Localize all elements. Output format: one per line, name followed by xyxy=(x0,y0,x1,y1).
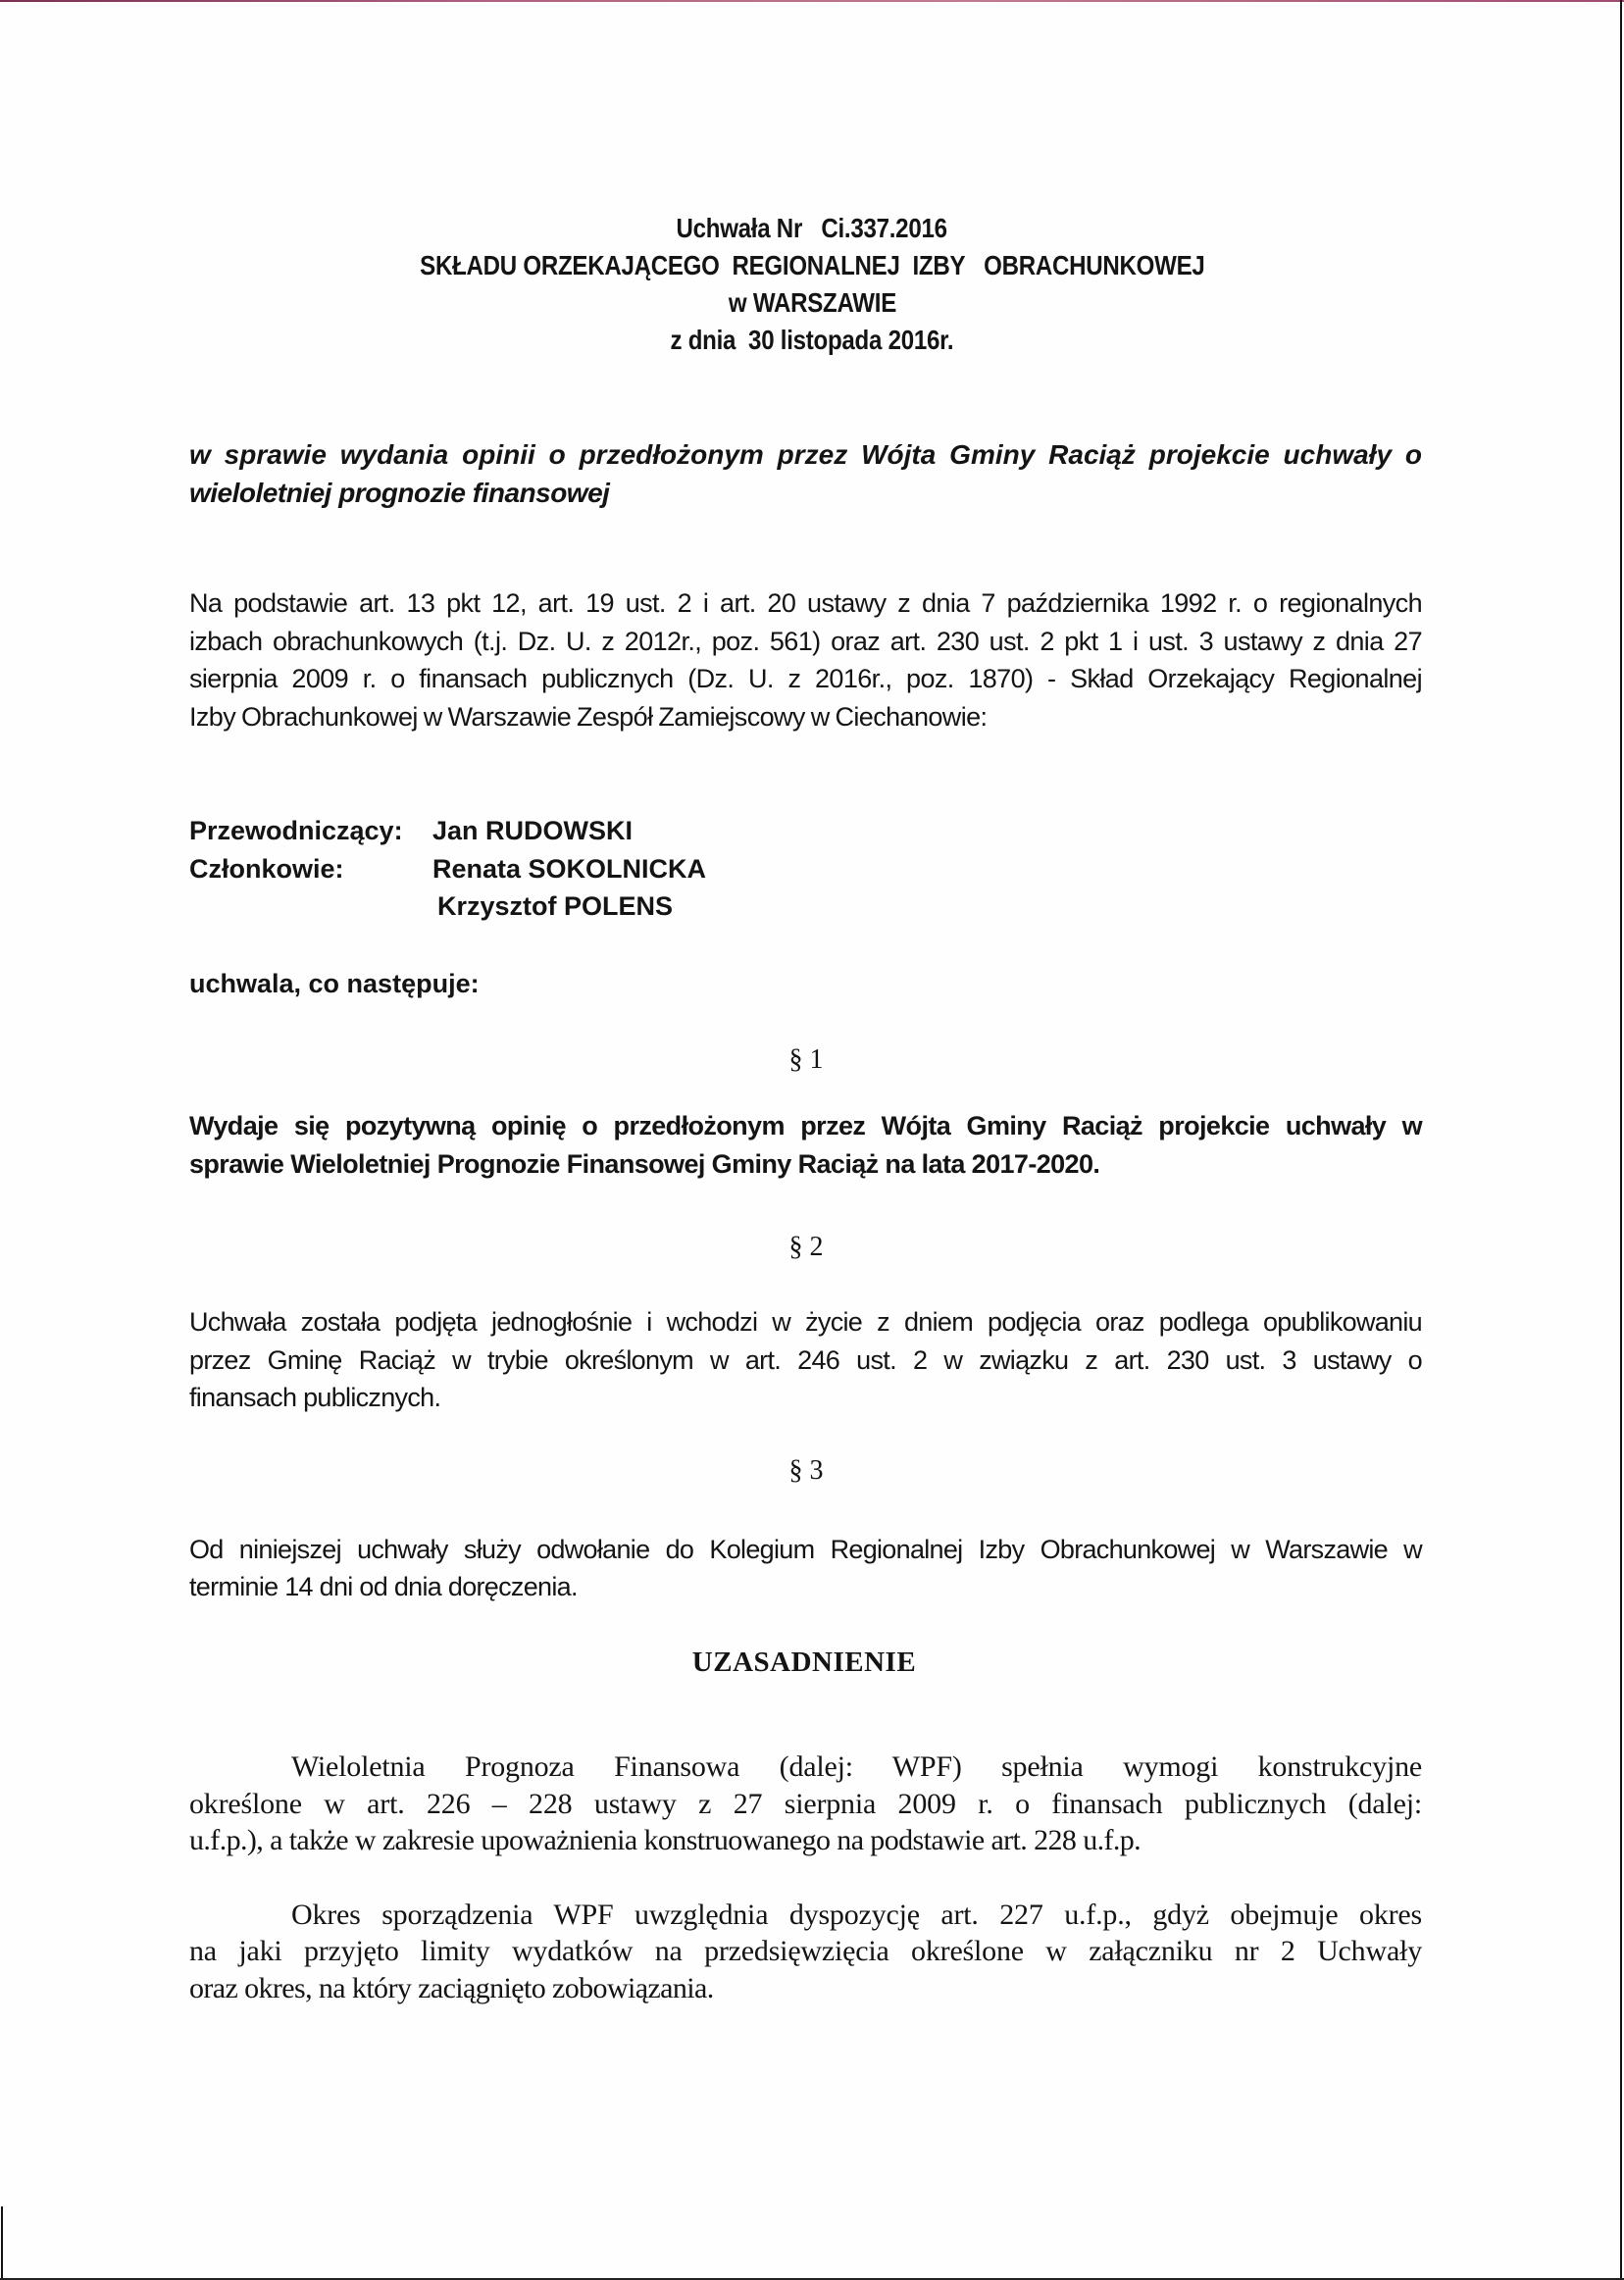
resolution-number-text: Uchwała Nr Ci.337.2016 xyxy=(677,215,947,242)
section-text-line: finansach publicznych. xyxy=(189,1385,1422,1411)
chair-name: Jan RUDOWSKI xyxy=(432,818,633,844)
preamble-line: sierpnia 2009 r. o finansach publicznych… xyxy=(189,666,1422,692)
members-label: Członkowie: xyxy=(189,856,344,883)
section-mark: § 2 xyxy=(0,1234,1618,1261)
scan-edge-top xyxy=(0,0,1624,2)
resolution-date-text: z dnia 30 listopada 2016r. xyxy=(671,327,954,354)
chair-label: Przewodniczący: xyxy=(189,818,403,844)
section-mark: § 1 xyxy=(0,1046,1618,1074)
resolution-number: Uchwała Nr Ci.337.2016 xyxy=(0,215,1624,242)
scan-edge-left xyxy=(1,2206,3,2280)
justification-heading: UZASADNIENIE xyxy=(0,1648,1616,1677)
justification-line: u.f.p.), a także w zakresie upoważnienia… xyxy=(189,1826,1422,1855)
resolves-statement: uchwala, co następuje: xyxy=(189,971,480,997)
section-text-line: Uchwała została podjęta jednogłośnie i w… xyxy=(189,1309,1422,1336)
subject-line-1: w sprawie wydania opinii o przedłożonym … xyxy=(189,441,1422,469)
document-page: Uchwała Nr Ci.337.2016 SKŁADU ORZEKAJĄCE… xyxy=(0,0,1624,2280)
resolution-date: z dnia 30 listopada 2016r. xyxy=(0,327,1624,354)
justification-line: oraz okres, na który zaciągnięto zobowią… xyxy=(189,1974,1422,2003)
justification-line: Wieloletnia Prognoza Finansowa (dalej: W… xyxy=(291,1752,1422,1782)
member-name: Renata SOKOLNICKA xyxy=(432,856,706,883)
issuing-body: SKŁADU ORZEKAJĄCEGO REGIONALNEJ IZBY OBR… xyxy=(0,252,1624,279)
section-text-line: Od niniejszej uchwały służy odwołanie do… xyxy=(189,1537,1422,1563)
preamble-line: Na podstawie art. 13 pkt 12, art. 19 ust… xyxy=(189,590,1422,617)
section-mark: § 3 xyxy=(0,1457,1618,1485)
issuing-city: w WARSZAWIE xyxy=(0,289,1624,317)
section-text-line: terminie 14 dni od dnia doręczenia. xyxy=(189,1574,1422,1600)
justification-line: określone w art. 226 – 228 ustawy z 27 s… xyxy=(189,1790,1422,1819)
justification-line: Okres sporządzenia WPF uwzględnia dyspoz… xyxy=(291,1900,1422,1930)
section-text-line: przez Gminę Raciąż w trybie określonym w… xyxy=(189,1347,1422,1374)
justification-line: na jaki przyjęto limity wydatków na prze… xyxy=(189,1937,1422,1966)
section-text-line: Wydaje się pozytywną opinię o przedłożon… xyxy=(189,1113,1422,1140)
preamble-line: Izby Obrachunkowej w Warszawie Zespół Za… xyxy=(189,704,1422,731)
member-name: Krzysztof POLENS xyxy=(437,893,673,920)
issuing-body-text: SKŁADU ORZEKAJĄCEGO REGIONALNEJ IZBY OBR… xyxy=(420,252,1204,279)
subject-line-2: wieloletniej prognozie finansowej xyxy=(189,480,1422,507)
issuing-city-text: w WARSZAWIE xyxy=(728,289,895,317)
preamble-line: izbach obrachunkowych (t.j. Dz. U. z 201… xyxy=(189,629,1422,655)
section-text-line: sprawie Wieloletniej Prognozie Finansowe… xyxy=(189,1151,1422,1178)
